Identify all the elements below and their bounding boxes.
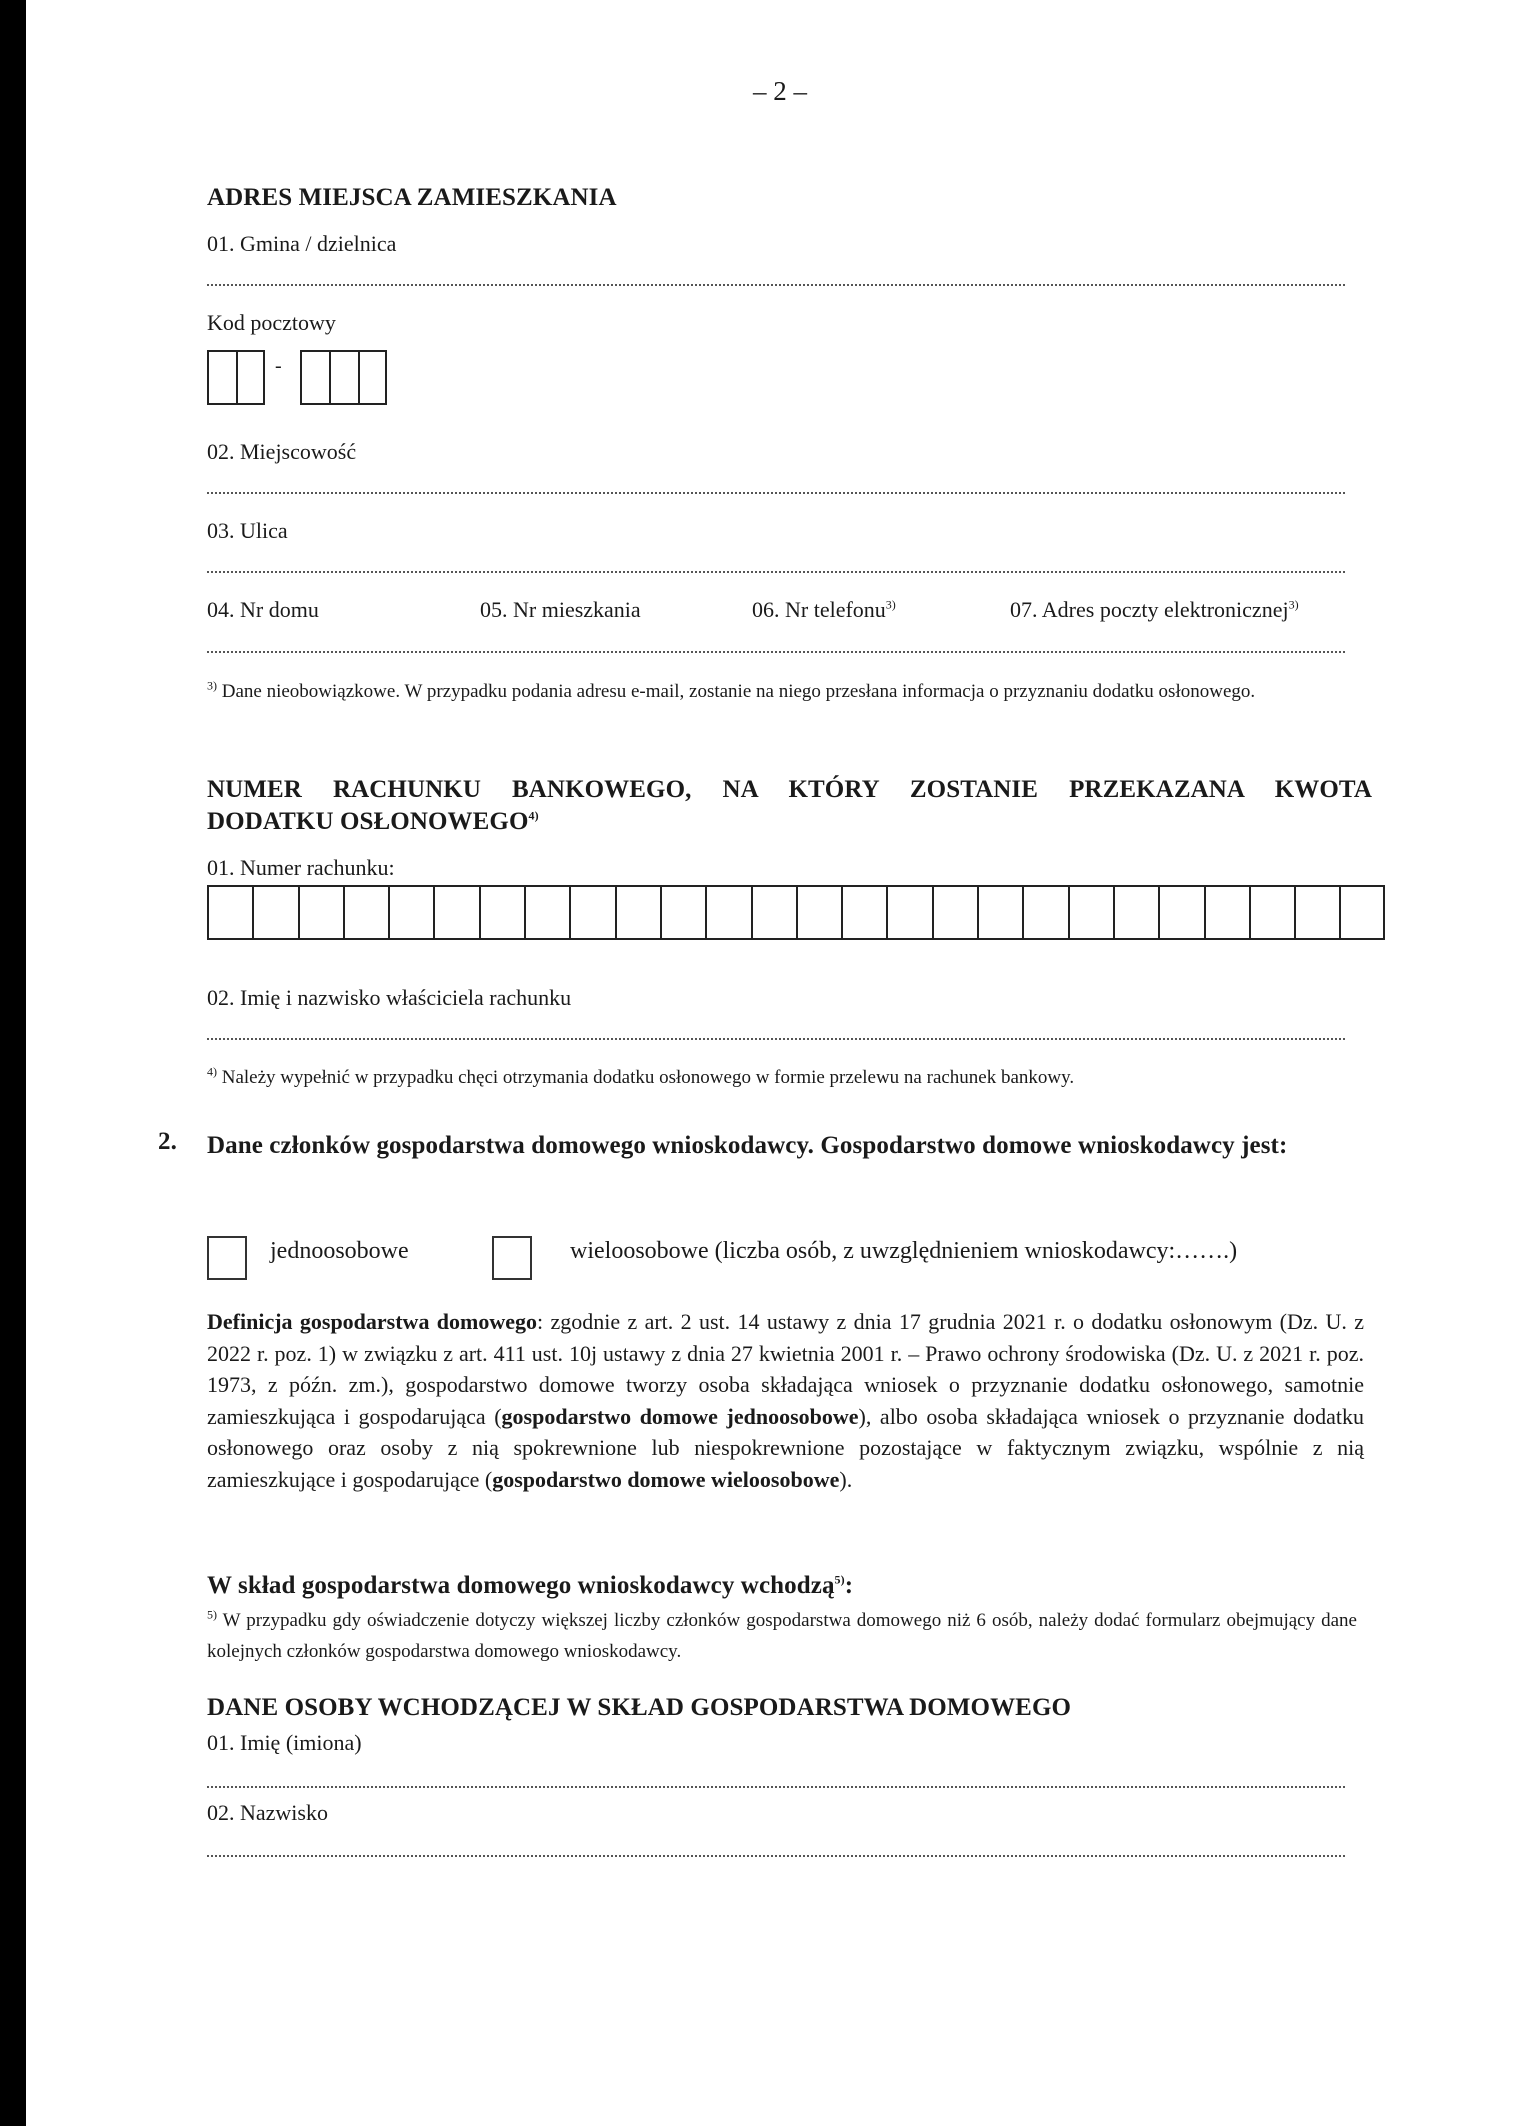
account-digit-box[interactable] xyxy=(1113,885,1158,940)
checkbox-wieloosobowe[interactable] xyxy=(492,1236,532,1280)
account-digit-box[interactable] xyxy=(615,885,660,940)
account-digit-box[interactable] xyxy=(343,885,388,940)
label-nr-telefonu: 06. Nr telefonu3) xyxy=(752,597,896,623)
account-digit-box[interactable] xyxy=(886,885,931,940)
input-nazwisko[interactable] xyxy=(207,1855,1345,1857)
account-digit-box[interactable] xyxy=(207,885,252,940)
input-imie[interactable] xyxy=(207,1786,1345,1788)
input-gmina[interactable] xyxy=(207,284,1345,286)
label-jednoosobowe: jednoosobowe xyxy=(270,1238,409,1265)
label-gmina: 01. Gmina / dzielnica xyxy=(207,231,396,257)
section-2-heading: Dane członków gospodarstwa domowego wnio… xyxy=(207,1128,1357,1164)
bank-heading-line1: NUMER RACHUNKU BANKOWEGO, NA KTÓRY ZOSTA… xyxy=(207,772,1372,807)
input-miejscowosc[interactable] xyxy=(207,492,1345,494)
label-nazwisko: 02. Nazwisko xyxy=(207,1800,328,1826)
checkbox-jednoosobowe[interactable] xyxy=(207,1236,247,1280)
account-digit-box[interactable] xyxy=(705,885,750,940)
input-ulica[interactable] xyxy=(207,571,1345,573)
footnote-5: 5) W przypadku gdy oświadczenie dotyczy … xyxy=(207,1605,1357,1667)
left-edge-bar xyxy=(0,0,26,2126)
account-digit-box[interactable] xyxy=(433,885,478,940)
account-digit-box[interactable] xyxy=(1339,885,1384,940)
postal-digit-box[interactable] xyxy=(329,350,358,405)
page-number: – 2 – xyxy=(0,76,1530,107)
label-ulica: 03. Ulica xyxy=(207,518,288,544)
postal-code-part1[interactable] xyxy=(207,350,265,405)
bank-heading-line2: DODATKU OSŁONOWEGO4) xyxy=(207,808,539,836)
account-digit-box[interactable] xyxy=(1294,885,1339,940)
account-digit-box[interactable] xyxy=(1249,885,1294,940)
footnote-3: 3) Dane nieobowiązkowe. W przypadku poda… xyxy=(207,676,1357,707)
postal-digit-box[interactable] xyxy=(358,350,387,405)
account-digit-box[interactable] xyxy=(298,885,343,940)
account-digit-box[interactable] xyxy=(479,885,524,940)
account-digit-box[interactable] xyxy=(660,885,705,940)
account-number-boxes[interactable] xyxy=(207,885,1385,940)
member-heading: DANE OSOBY WCHODZĄCEJ W SKŁAD GOSPODARST… xyxy=(207,1694,1071,1722)
label-imie: 01. Imię (imiona) xyxy=(207,1730,362,1756)
postal-code-separator: - xyxy=(275,355,282,378)
members-heading: W skład gospodarstwa domowego wnioskodaw… xyxy=(207,1572,853,1600)
account-digit-box[interactable] xyxy=(524,885,569,940)
household-definition: Definicja gospodarstwa domowego: zgodnie… xyxy=(207,1306,1364,1495)
account-digit-box[interactable] xyxy=(388,885,433,940)
postal-digit-box[interactable] xyxy=(236,350,265,405)
label-nr-mieszkania: 05. Nr mieszkania xyxy=(480,597,641,623)
label-email: 07. Adres poczty elektronicznej3) xyxy=(1010,597,1299,623)
postal-code-part2[interactable] xyxy=(300,350,387,405)
account-digit-box[interactable] xyxy=(1068,885,1113,940)
account-digit-box[interactable] xyxy=(977,885,1022,940)
address-heading: ADRES MIEJSCA ZAMIESZKANIA xyxy=(207,184,617,212)
account-digit-box[interactable] xyxy=(1204,885,1249,940)
label-account-owner: 02. Imię i nazwisko właściciela rachunku xyxy=(207,985,571,1011)
label-postal-code: Kod pocztowy xyxy=(207,310,336,336)
account-digit-box[interactable] xyxy=(569,885,614,940)
footnote-4: 4) Należy wypełnić w przypadku chęci otr… xyxy=(207,1062,1074,1093)
label-account-number: 01. Numer rachunku: xyxy=(207,855,395,881)
account-digit-box[interactable] xyxy=(932,885,977,940)
account-digit-box[interactable] xyxy=(751,885,796,940)
account-digit-box[interactable] xyxy=(1158,885,1203,940)
section-2-number: 2. xyxy=(158,1128,177,1156)
postal-digit-box[interactable] xyxy=(207,350,236,405)
label-wieloosobowe: wieloosobowe (liczba osób, z uwzględnien… xyxy=(570,1238,1237,1265)
account-digit-box[interactable] xyxy=(796,885,841,940)
input-address-details[interactable] xyxy=(207,651,1345,653)
account-digit-box[interactable] xyxy=(841,885,886,940)
label-miejscowosc: 02. Miejscowość xyxy=(207,439,356,465)
input-account-owner[interactable] xyxy=(207,1038,1345,1040)
account-digit-box[interactable] xyxy=(252,885,297,940)
postal-digit-box[interactable] xyxy=(300,350,329,405)
label-nr-domu: 04. Nr domu xyxy=(207,597,319,623)
account-digit-box[interactable] xyxy=(1022,885,1067,940)
